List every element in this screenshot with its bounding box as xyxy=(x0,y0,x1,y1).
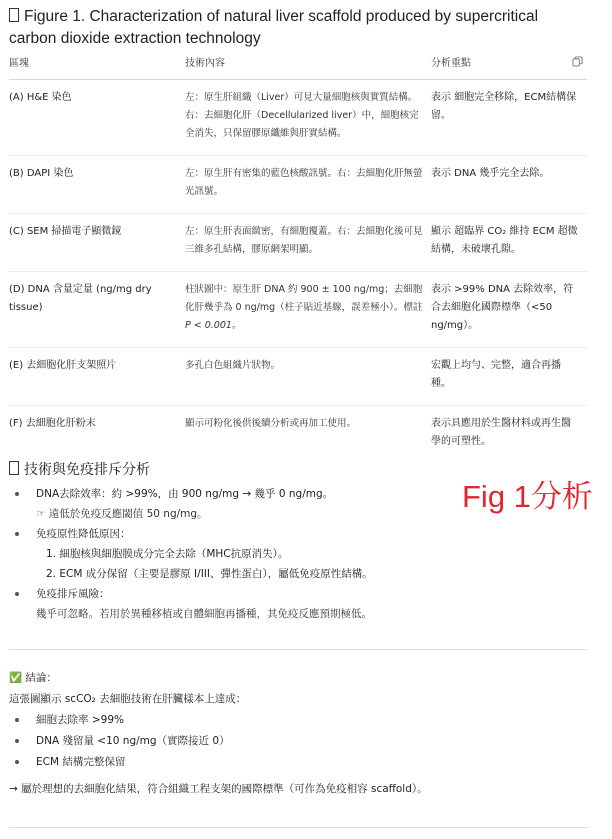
divider xyxy=(9,827,587,828)
box-placeholder-icon xyxy=(9,461,19,475)
list-item-note: 幾乎可忽略。若用於異種移植或自體細胞再播種，其免疫反應預期極低。 xyxy=(36,604,589,624)
conclusion-summary: → 屬於理想的去細胞化結果，符合組織工程支架的國際標準（可作為免疫相容 scaf… xyxy=(9,779,589,800)
cell-analysis: 表示 >99% DNA 去除效率，符合去細胞化國際標準（<50 ng/mg）。 xyxy=(431,272,587,348)
section-heading-text: 技術與免疫排斥分析 xyxy=(24,461,150,477)
header-block: 區塊 xyxy=(9,53,185,80)
cell-block: (F) 去細胞化肝粉末 xyxy=(9,406,185,464)
cell-content-text: 柱狀圖中：原生肝 DNA 約 900 ± 100 ng/mg；去細胞化肝幾乎為 … xyxy=(185,284,422,313)
cell-analysis: 表示具應用於生醫材料或再生醫學的可塑性。 xyxy=(431,406,587,464)
conclusion-section: ✅ 結論： 這張圖顯示 scCO₂ 去細胞技術在肝臟樣本上達成： 細胞去除率 >… xyxy=(9,668,589,800)
list-item: DNA 殘留量 <10 ng/mg（實際接近 0） xyxy=(9,731,589,752)
box-placeholder-icon xyxy=(9,8,19,22)
header-content: 技術內容 xyxy=(185,53,431,80)
figure-title-text: Figure 1. Characterization of natural li… xyxy=(9,8,538,47)
cell-analysis: 表示 細胞完全移除，ECM結構保留。 xyxy=(431,80,587,156)
cell-content-end: 。 xyxy=(232,320,242,331)
divider xyxy=(9,649,587,650)
conclusion-list: 細胞去除率 >99% DNA 殘留量 <10 ng/mg（實際接近 0） ECM… xyxy=(9,710,589,773)
cell-block: (B) DAPI 染色 xyxy=(9,156,185,214)
figure-title: Figure 1. Characterization of natural li… xyxy=(9,6,589,50)
cell-block: (C) SEM 掃描電子顯微鏡 xyxy=(9,214,185,272)
cell-block: (D) DNA 含量定量 (ng/mg dry tissue) xyxy=(9,272,185,348)
numbered-list: 1. 細胞核與細胞膜成分完全去除（MHC抗原消失）。 2. ECM 成分保留（主… xyxy=(36,544,589,584)
cell-content: 左：原生肝有密集的藍色核酸訊號。右：去細胞化肝無螢光訊號。 xyxy=(185,156,431,214)
header-analysis-label: 分析重點 xyxy=(431,58,471,69)
table-header-row: 區塊 技術內容 分析重點 xyxy=(9,53,587,80)
fig-annotation-label: Fig 1分析 xyxy=(462,471,593,516)
table-row: (C) SEM 掃描電子顯微鏡 左：原生肝表面緻密，有細胞覆蓋。右：去細胞化後可… xyxy=(9,214,587,272)
list-item-label: 免疫排斥風險： xyxy=(36,584,589,604)
list-item: 細胞去除率 >99% xyxy=(9,710,589,731)
conclusion-heading: ✅ 結論： xyxy=(9,668,589,689)
cell-block: (A) H&E 染色 xyxy=(9,80,185,156)
numbered-item: 1. 細胞核與細胞膜成分完全去除（MHC抗原消失）。 xyxy=(36,544,589,564)
table-row: (B) DAPI 染色 左：原生肝有密集的藍色核酸訊號。右：去細胞化肝無螢光訊號… xyxy=(9,156,587,214)
cell-content: 左：原生肝表面緻密，有細胞覆蓋。右：去細胞化後可見三維多孔結構，膠原網架明顯。 xyxy=(185,214,431,272)
conclusion-intro: 這張圖顯示 scCO₂ 去細胞技術在肝臟樣本上達成： xyxy=(9,689,589,710)
cell-analysis: 顯示 超臨界 CO₂ 維持 ECM 超微結構，未破壞孔隙。 xyxy=(431,214,587,272)
list-item: 免疫原性降低原因： 1. 細胞核與細胞膜成分完全去除（MHC抗原消失）。 2. … xyxy=(9,524,589,584)
table-row: (D) DNA 含量定量 (ng/mg dry tissue) 柱狀圖中：原生肝… xyxy=(9,272,587,348)
list-item: ECM 結構完整保留 xyxy=(9,752,589,773)
list-item: 免疫排斥風險： 幾乎可忽略。若用於異種移植或自體細胞再播種，其免疫反應預期極低。 xyxy=(9,584,589,624)
cell-block: (E) 去細胞化肝支架照片 xyxy=(9,348,185,406)
p-value: P < 0.001 xyxy=(185,320,232,331)
cell-analysis: 表示 DNA 幾乎完全去除。 xyxy=(431,156,587,214)
cell-analysis: 宏觀上均勻、完整，適合再播種。 xyxy=(431,348,587,406)
header-analysis: 分析重點 xyxy=(431,53,587,80)
cell-content: 多孔白色組織片狀物。 xyxy=(185,348,431,406)
cell-content: 左：原生肝組織（Liver）可見大量細胞核與實質結構。右：去細胞化肝（Decel… xyxy=(185,80,431,156)
table-row: (F) 去細胞化肝粉末 顯示可粉化後供後續分析或再加工使用。 表示具應用於生醫材… xyxy=(9,406,587,464)
numbered-item: 2. ECM 成分保留（主要是膠原 I/III、彈性蛋白），屬低免疫原性結構。 xyxy=(36,564,589,584)
cell-content: 柱狀圖中：原生肝 DNA 約 900 ± 100 ng/mg；去細胞化肝幾乎為 … xyxy=(185,272,431,348)
list-item-label: 免疫原性降低原因： xyxy=(36,524,589,544)
figure-analysis-table: 區塊 技術內容 分析重點 (A) H&E 染色 左：原生肝組織（Liver）可見… xyxy=(9,53,587,463)
table-row: (E) 去細胞化肝支架照片 多孔白色組織片狀物。 宏觀上均勻、完整，適合再播種。 xyxy=(9,348,587,406)
table-row: (A) H&E 染色 左：原生肝組織（Liver）可見大量細胞核與實質結構。右：… xyxy=(9,80,587,156)
copy-icon[interactable] xyxy=(572,56,583,67)
cell-content: 顯示可粉化後供後續分析或再加工使用。 xyxy=(185,406,431,464)
